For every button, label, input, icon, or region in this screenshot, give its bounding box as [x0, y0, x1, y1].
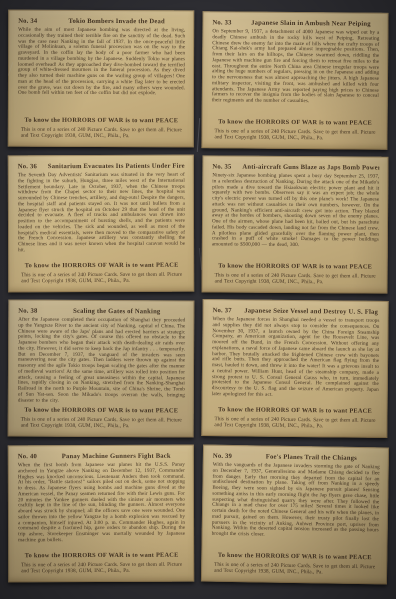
- card-footer: To know the HORRORS OF WAR is to want PE…: [212, 263, 379, 287]
- card-footer: To know the HORRORS OF WAR is to want PE…: [211, 406, 378, 430]
- card-body-text: When the Japanese forces in Shanghai nee…: [212, 317, 380, 399]
- card-no-38: No. 38 Scaling the Gates of Nanking Afte…: [8, 300, 195, 438]
- series-note: This is one of a series of 240 Picture C…: [211, 128, 378, 142]
- card-number: No. 38: [18, 308, 48, 315]
- card-no-40: No. 40 Panay Machine Gunners Fight Back …: [8, 445, 194, 583]
- card-footer: To know the HORRORS OF WAR is to want PE…: [211, 552, 378, 577]
- card-header: No. 39 Foe's Planes Trail the Chiangs: [213, 453, 380, 463]
- card-header: No. 33 Japanese Slain in Ambush Near Pei…: [212, 19, 379, 27]
- peace-slogan: To know the HORRORS OF WAR is to want PE…: [212, 406, 379, 415]
- series-note: This is one of a series of 240 Picture C…: [212, 272, 379, 285]
- card-number: No. 34: [18, 18, 48, 25]
- peace-slogan: To know the HORRORS OF WAR is to want PE…: [211, 552, 378, 562]
- card-no-33: No. 33 Japanese Slain in Ambush Near Pei…: [201, 11, 388, 150]
- card-no-39: No. 39 Foe's Planes Trail the Chiangs Wi…: [201, 445, 389, 585]
- card-body-text: The Seventh Day Adventists' Sanitarium w…: [18, 173, 185, 254]
- card-footer: To know the HORRORS OF WAR is to want PE…: [211, 119, 378, 143]
- card-no-36: No. 36 Sanitarium Evacuates Its Patients…: [8, 155, 194, 293]
- peace-slogan: To know the HORRORS OF WAR is to want PE…: [212, 119, 379, 127]
- peace-slogan: To know the HORRORS OF WAR is to want PE…: [212, 263, 379, 271]
- card-no-37: No. 37 Japanese Seize Vessel and Destroy…: [201, 299, 388, 438]
- card-body-text: On September 9, 1937, a detachment of 40…: [212, 29, 380, 105]
- card-header: No. 38 Scaling the Gates of Nanking: [18, 308, 185, 316]
- series-note: This is one of a series of 240 Picture C…: [211, 416, 378, 430]
- series-note: This is one of a series of 240 Picture C…: [18, 272, 185, 285]
- card-title: Sanitarium Evacuates Its Patients Under …: [48, 163, 185, 170]
- card-header: No. 34 Tokio Bombers Invade the Dead: [18, 18, 185, 26]
- card-header: No. 40 Panay Machine Gunners Fight Back: [18, 453, 185, 461]
- card-footer: To know the HORRORS OF WAR is to want PE…: [18, 262, 185, 285]
- card-number: No. 37: [213, 307, 243, 314]
- peace-slogan: To know the HORRORS OF WAR is to want PE…: [18, 262, 185, 270]
- series-note: This is one of a series of 240 Picture C…: [18, 562, 185, 575]
- card-body-text: After the Japanese completed their occup…: [18, 318, 185, 405]
- card-no-34: No. 34 Tokio Bombers Invade the Dead Whi…: [8, 10, 194, 148]
- card-title: Foe's Planes Trail the Chiangs: [243, 453, 380, 462]
- card-footer: To know the HORRORS OF WAR is to want PE…: [18, 117, 185, 140]
- card-body-text: With the vanguards of the Japanese invad…: [212, 463, 380, 540]
- card-number: No. 35: [212, 163, 242, 170]
- card-footer: To know the HORRORS OF WAR is to want PE…: [18, 552, 185, 575]
- series-note: This is one of a series of 240 Picture C…: [18, 416, 185, 429]
- card-number: No. 39: [213, 453, 243, 460]
- card-body-text: When the first bomb from Japanese war pl…: [18, 463, 185, 544]
- card-header: No. 35 Anti-aircraft Guns Blaze as Japs …: [212, 163, 379, 171]
- card-title: Anti-aircraft Guns Blaze as Japs Bomb Po…: [242, 164, 379, 172]
- series-note: This is one of a series of 240 Picture C…: [18, 127, 185, 140]
- peace-slogan: To know the HORRORS OF WAR is to want PE…: [18, 407, 185, 415]
- card-title: Scaling the Gates of Nanking: [48, 308, 185, 316]
- card-body-text: Ninety-six Japanese bombing planes spent…: [212, 173, 380, 249]
- card-sheet-photo: No. 34 Tokio Bombers Invade the Dead Whi…: [0, 0, 396, 599]
- card-title: Panay Machine Gunners Fight Back: [48, 453, 185, 460]
- card-body-text: While the aim of most Japanese bombing w…: [18, 28, 185, 98]
- card-number: No. 40: [18, 453, 48, 460]
- card-title: Japanese Slain in Ambush Near Peiping: [242, 20, 379, 28]
- peace-slogan: To know the HORRORS OF WAR is to want PE…: [18, 117, 185, 125]
- series-note: This is one of a series of 240 Picture C…: [211, 562, 378, 577]
- card-footer: To know the HORRORS OF WAR is to want PE…: [18, 407, 185, 431]
- card-title: Japanese Seize Vessel and Destroy U. S. …: [243, 307, 380, 315]
- scratch-mark: [197, 118, 200, 152]
- peace-slogan: To know the HORRORS OF WAR is to want PE…: [18, 552, 185, 560]
- card-number: No. 33: [212, 19, 242, 26]
- card-header: No. 36 Sanitarium Evacuates Its Patients…: [18, 163, 185, 171]
- card-header: No. 37 Japanese Seize Vessel and Destroy…: [213, 307, 380, 316]
- card-number: No. 36: [18, 163, 48, 170]
- card-title: Tokio Bombers Invade the Dead: [48, 18, 185, 25]
- card-no-35: No. 35 Anti-aircraft Guns Blaze as Japs …: [202, 155, 389, 293]
